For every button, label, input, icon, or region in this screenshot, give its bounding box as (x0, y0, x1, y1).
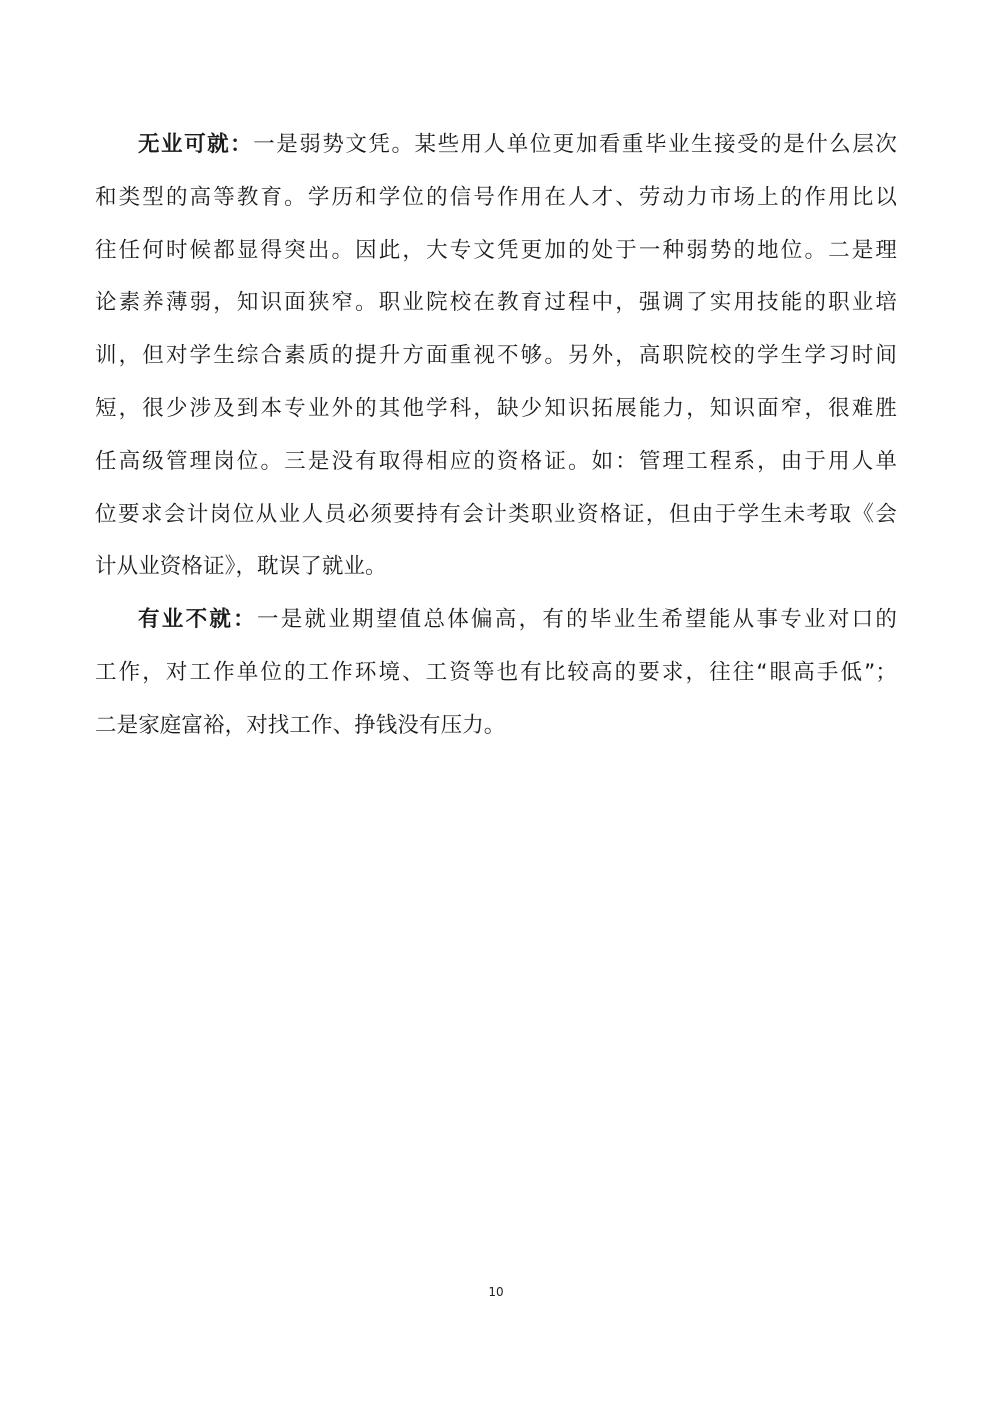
paragraph-lead-heading: 无业可就： (138, 132, 253, 157)
paragraph-line: 论素养薄弱，知识面狭窄。职业院校在教育过程中，强调了实用技能的职业培 (95, 282, 897, 335)
paragraph-line-text: 一是弱势文凭。某些用人单位更加看重毕业生接受的是什么层次 (253, 132, 897, 157)
paragraph-line: 任高级管理岗位。三是没有取得相应的资格证。如：管理工程系，由于用人单 (95, 441, 897, 494)
document-page: 无业可就：一是弱势文凭。某些用人单位更加看重毕业生接受的是什么层次 和类型的高等… (0, 0, 992, 1403)
paragraph-line: 工作，对工作单位的工作环境、工资等也有比较高的要求，往往“眼高手低”； (95, 652, 897, 705)
paragraph-line: 有业不就：一是就业期望值总体偏高，有的毕业生希望能从事专业对口的 (95, 599, 897, 652)
paragraph-line: 二是家庭富裕，对找工作、挣钱没有压力。 (95, 705, 897, 758)
paragraph-line: 往任何时候都显得突出。因此，大专文凭更加的处于一种弱势的地位。二是理 (95, 230, 897, 283)
paragraph-line: 位要求会计岗位从业人员必须要持有会计类职业资格证，但由于学生未考取《会 (95, 494, 897, 547)
paragraph-line: 无业可就：一是弱势文凭。某些用人单位更加看重毕业生接受的是什么层次 (95, 124, 897, 177)
paragraph-line: 和类型的高等教育。学历和学位的信号作用在人才、劳动力市场上的作用比以 (95, 177, 897, 230)
paragraph-line: 短，很少涉及到本专业外的其他学科，缺少知识拓展能力，知识面窄，很难胜 (95, 388, 897, 441)
paragraph-line: 计从业资格证》，耽误了就业。 (95, 546, 897, 599)
paragraph-line-text: 一是就业期望值总体偏高，有的毕业生希望能从事专业对口的 (257, 607, 897, 632)
paragraph-line: 训，但对学生综合素质的提升方面重视不够。另外，高职院校的学生学习时间 (95, 335, 897, 388)
paragraph-lead-heading: 有业不就： (138, 607, 257, 632)
paragraph-no-jobs-available: 无业可就：一是弱势文凭。某些用人单位更加看重毕业生接受的是什么层次 和类型的高等… (95, 124, 897, 599)
page-number: 10 (0, 1285, 992, 1299)
paragraph-jobs-declined: 有业不就：一是就业期望值总体偏高，有的毕业生希望能从事专业对口的 工作，对工作单… (95, 599, 897, 757)
document-body: 无业可就：一是弱势文凭。某些用人单位更加看重毕业生接受的是什么层次 和类型的高等… (95, 124, 897, 758)
